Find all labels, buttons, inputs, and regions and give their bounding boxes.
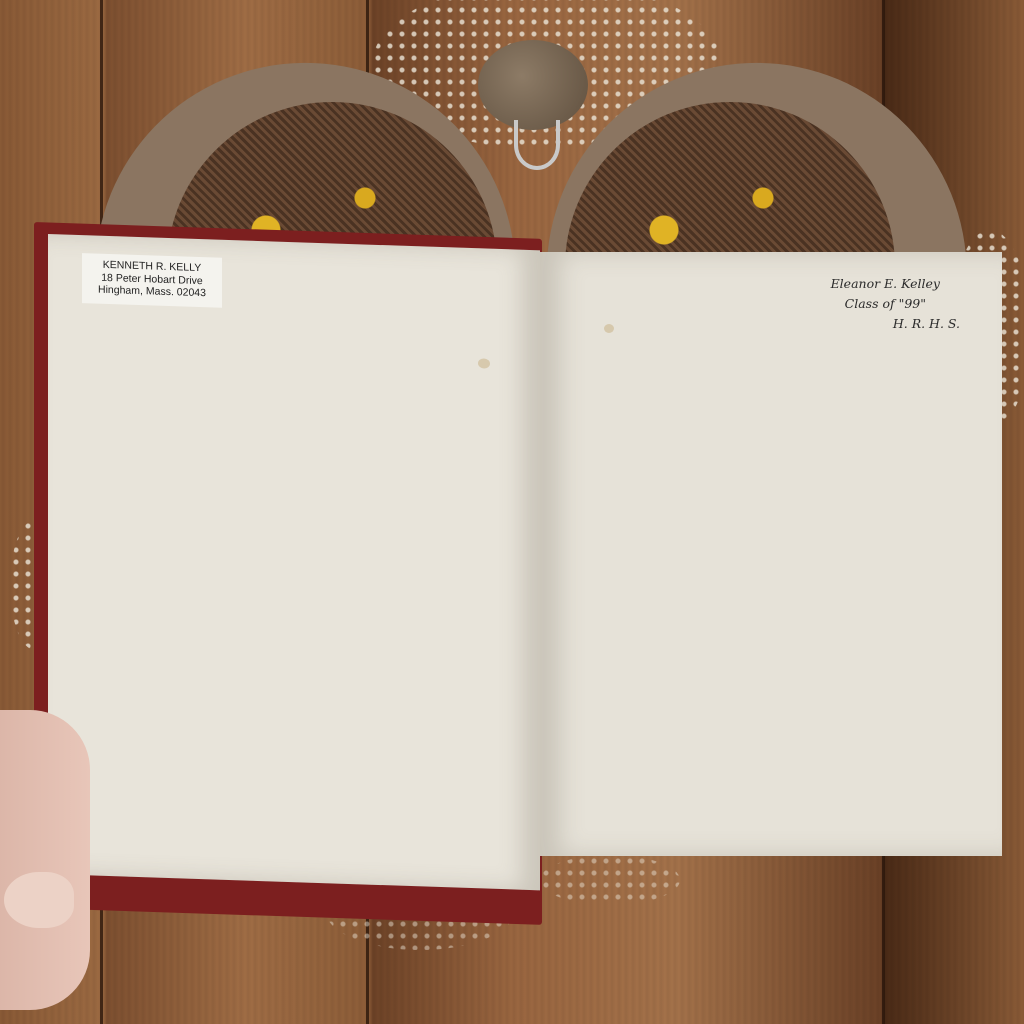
handwritten-inscription: Eleanor E. Kelley Class of "99" H. R. H.…: [790, 274, 960, 334]
inscription-school: H. R. H. S.: [790, 314, 960, 334]
holding-hand: [0, 710, 90, 1010]
bookplate-label: KENNETH R. KELLY 18 Peter Hobart Drive H…: [82, 253, 222, 308]
foxing-spot: [478, 358, 490, 368]
left-endpaper: KENNETH R. KELLY 18 Peter Hobart Drive H…: [48, 234, 540, 890]
thumb: [4, 872, 74, 928]
metal-hanging-ring: [514, 120, 560, 170]
foxing-spot: [604, 324, 614, 333]
open-book: KENNETH R. KELLY 18 Peter Hobart Drive H…: [34, 222, 1000, 912]
twine-knot: [478, 40, 588, 130]
right-flyleaf: Eleanor E. Kelley Class of "99" H. R. H.…: [540, 252, 1002, 856]
inscription-class: Class of "99": [790, 294, 926, 314]
inscription-name: Eleanor E. Kelley: [790, 274, 940, 294]
